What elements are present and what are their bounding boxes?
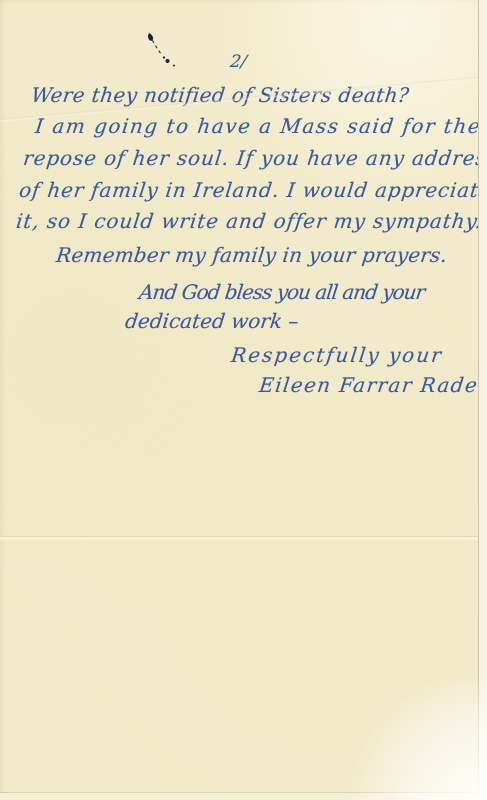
paper-fold-crease [0,536,487,540]
handwritten-line-1: Were they notified of Sisters death? [30,84,411,106]
handwritten-line-5: it, so I could write and offer my sympat… [15,210,484,232]
signature: Eileen Farrar Rader [258,374,487,396]
handwritten-line-3: repose of her soul. If you have any addr… [22,147,487,169]
handwritten-line-7: And God bless you all and your [138,281,426,303]
closing-line: Respectfully your [230,344,444,366]
letter-page: 2/ Were they notified of Sisters death? … [0,0,487,800]
paper-bottom-edge [0,792,487,800]
handwritten-line-8: dedicated work – [124,310,300,332]
paper-corner-highlight [337,680,487,800]
handwritten-line-6: Remember my family in your prayers. [55,244,449,266]
ink-smudge-mark [138,26,186,74]
page-number: 2/ [229,53,248,72]
handwritten-line-4: of her family in Ireland. I would apprec… [18,179,487,201]
handwritten-line-2: I am going to have a Mass said for the [34,115,483,137]
